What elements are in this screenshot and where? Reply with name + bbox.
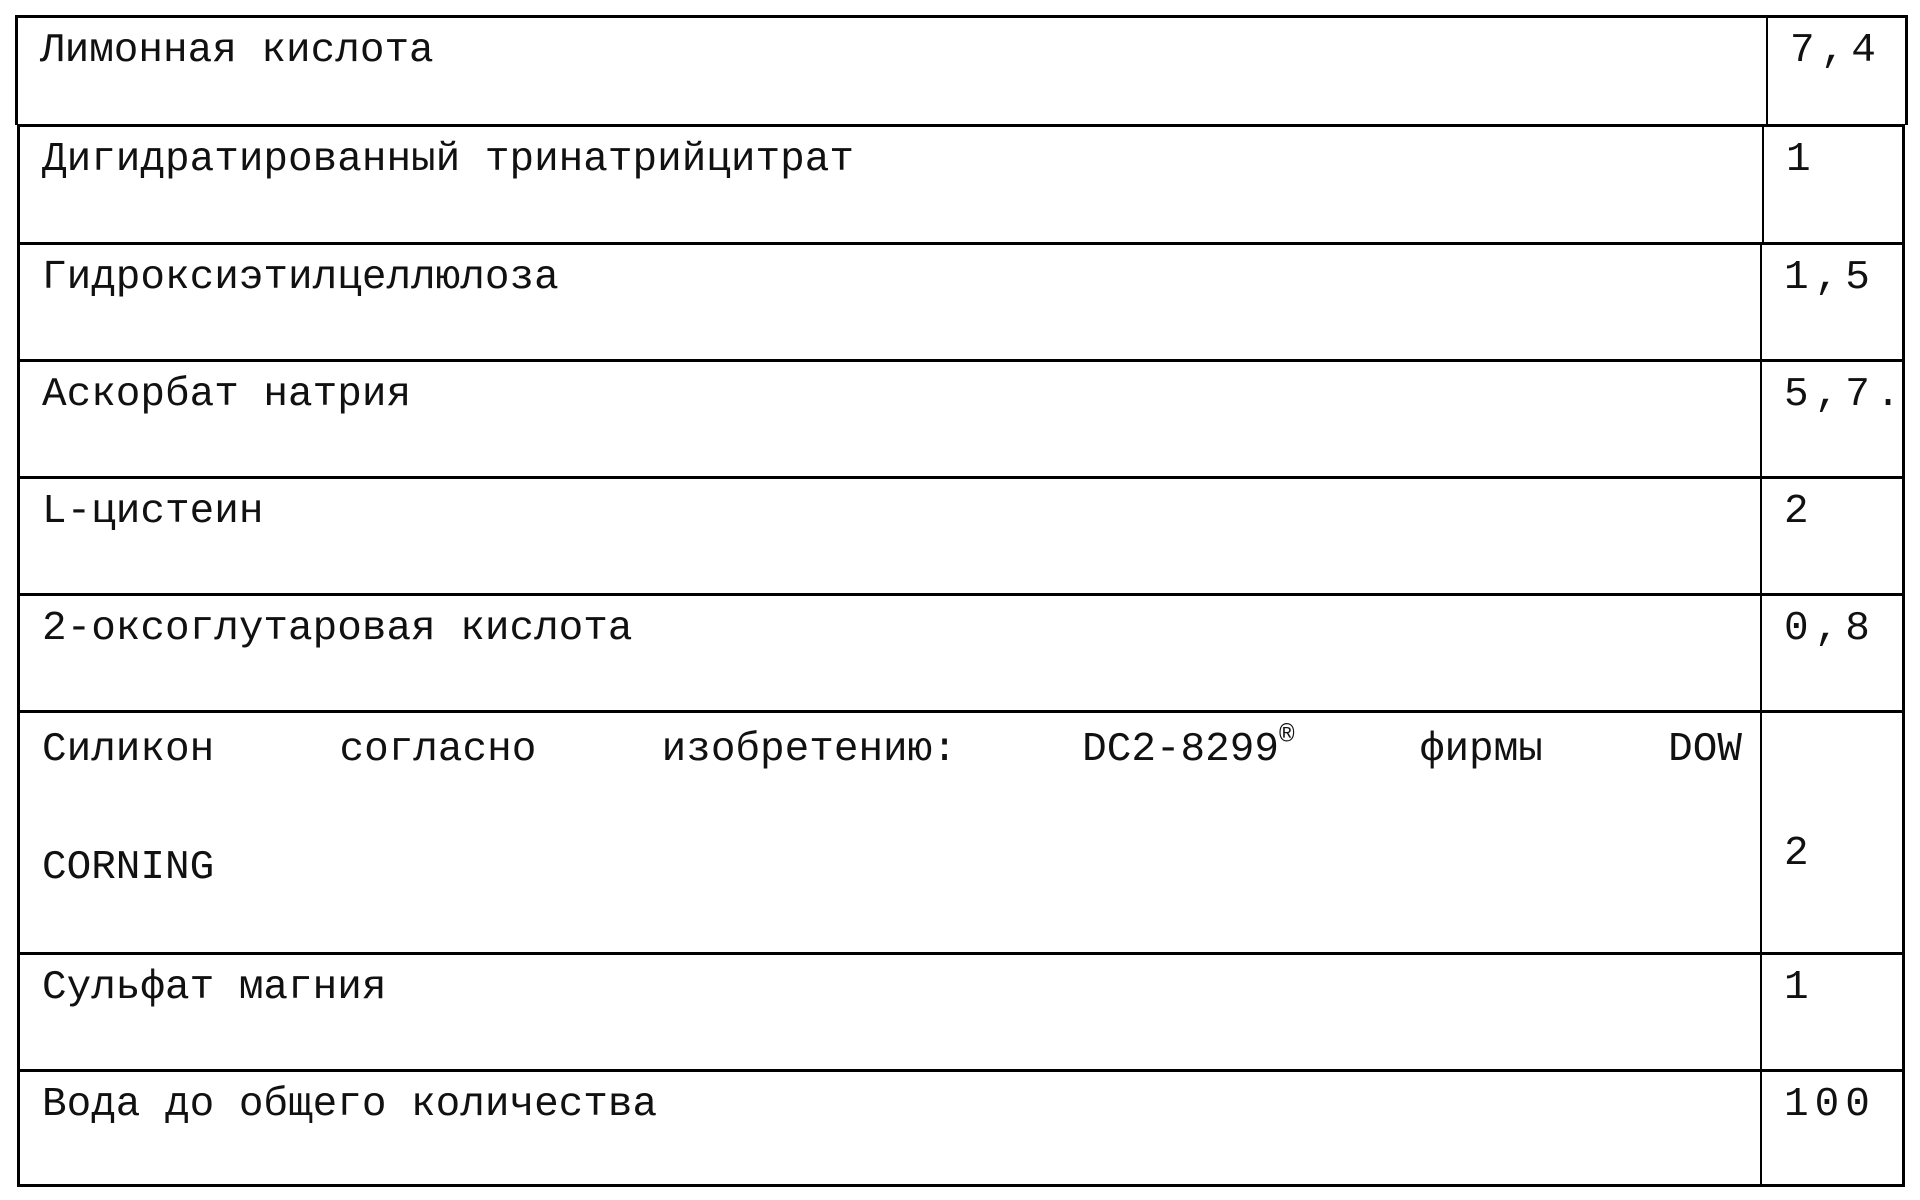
table-row: Вода до общего количества 100	[17, 1069, 1905, 1187]
table-row: Дигидратированный тринатрийцитрат 1	[17, 124, 1905, 242]
ingredient-name: Аскорбат натрия	[20, 362, 1762, 476]
ingredient-name: Лимонная кислота	[18, 18, 1768, 125]
ingredient-name: Дигидратированный тринатрийцитрат	[20, 127, 1764, 242]
ingredient-amount: 0,8	[1762, 596, 1902, 710]
ingredient-name-line-1: Силикон согласно изобретению: DC2-8299® …	[42, 727, 1742, 773]
table-row: Силикон согласно изобретению: DC2-8299® …	[17, 710, 1905, 952]
ingredient-amount: 2	[1762, 713, 1902, 952]
table-row: Гидроксиэтилцеллюлоза 1,5	[17, 242, 1905, 359]
ingredient-amount: 1	[1764, 127, 1902, 242]
ingredient-name: 2-оксоглутаровая кислота	[20, 596, 1762, 710]
ingredient-name: Вода до общего количества	[20, 1072, 1762, 1184]
ingredient-amount: 5,7.	[1762, 362, 1902, 476]
table-row: Сульфат магния 1	[17, 952, 1905, 1069]
ingredient-name: L-цистеин	[20, 479, 1762, 593]
ingredient-amount: 1	[1762, 955, 1902, 1069]
table-row: 2-оксоглутаровая кислота 0,8	[17, 593, 1905, 710]
ingredient-amount: 2	[1762, 479, 1902, 593]
ingredient-amount: 7,4	[1768, 18, 1905, 125]
table-row: Аскорбат натрия 5,7.	[17, 359, 1905, 476]
table-row: Лимонная кислота 7,4	[15, 15, 1908, 125]
ingredient-name: Сульфат магния	[20, 955, 1762, 1069]
ingredient-name: Гидроксиэтилцеллюлоза	[20, 245, 1762, 359]
ingredient-amount: 100	[1762, 1072, 1902, 1184]
table-row: L-цистеин 2	[17, 476, 1905, 593]
ingredient-name-line-2: CORNING	[42, 845, 1740, 891]
ingredient-amount: 1,5	[1762, 245, 1902, 359]
ingredient-name: Силикон согласно изобретению: DC2-8299® …	[20, 713, 1762, 952]
registered-trademark-icon: ®	[1279, 720, 1295, 750]
